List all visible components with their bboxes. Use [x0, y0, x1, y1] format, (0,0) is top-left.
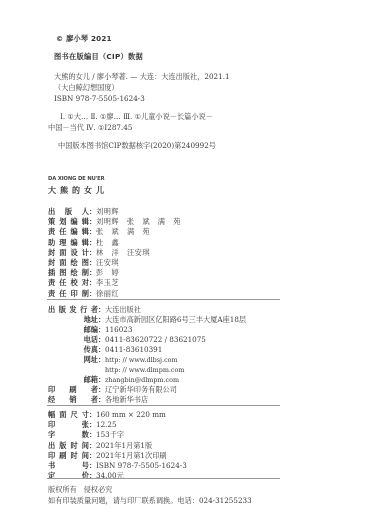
credit-row: 插图绘制：彭 婷: [48, 268, 181, 278]
publisher-row: 印 刷 者：辽宁新华印务有限公司: [48, 385, 246, 395]
credit-row: 出版人：刘明辉: [48, 207, 181, 217]
cip-approval-number: 中国版本图书馆CIP数据核字(2020)第240992号: [58, 141, 216, 151]
publisher-row: 经 销 者：各地新华书店: [48, 395, 246, 405]
credit-row: 封面设计：林 洋 汪安琪: [48, 248, 181, 258]
rights-reserved: 版权所有 侵权必究: [48, 484, 252, 495]
publisher-info: 出版发行者：大连出版社 地址：大连市高新园区亿阳路6号三丰大厦A座18层 邮编：…: [48, 305, 246, 405]
cip-classification-line: 中国－当代 Ⅳ. ①I287.45: [48, 123, 132, 133]
colon: ：: [89, 258, 96, 268]
printer-value: 辽宁新华印务有限公司: [105, 385, 177, 395]
quality-notice: 如有印装质量问题，请与印厂联系调换。电话：024-31255233: [48, 495, 252, 506]
credit-label: 封面设计: [48, 248, 89, 258]
colon: ：: [89, 207, 96, 217]
publisher-row: 电话：0411-83620722 / 83621075: [48, 335, 246, 345]
printer-label: 印 刷 者: [48, 385, 98, 395]
credit-value: 李玉芝: [96, 278, 119, 288]
credit-label: 责任校对: [48, 278, 89, 288]
colon: ：: [89, 410, 96, 420]
website-label-empty: [48, 365, 98, 375]
colon: ：: [89, 217, 96, 227]
colon: ：: [89, 289, 96, 299]
spec-label: 印张: [48, 420, 89, 430]
cip-entry-line: （大白鲸幻想国度）: [54, 83, 119, 93]
credit-label: 出版人: [48, 207, 89, 217]
colon: ：: [89, 441, 96, 451]
credit-row: 责任校对：李玉芝: [48, 278, 181, 288]
spec-label: 字数: [48, 430, 89, 440]
book-title-pinyin: DA XIONG DE NU'ER: [48, 176, 105, 182]
colon: ：: [89, 461, 96, 471]
spec-value: ISBN 978-7-5505-1624-3: [96, 461, 187, 471]
colon: ：: [98, 355, 105, 365]
credit-label: 责任编辑: [48, 227, 89, 237]
colon-spacer: [98, 365, 105, 375]
footer-notice: 版权所有 侵权必究 如有印装质量问题，请与印厂联系调换。电话：024-31255…: [48, 484, 252, 506]
colon: ：: [89, 248, 96, 258]
colon: ：: [98, 305, 105, 315]
spec-label: 幅面尺寸: [48, 410, 89, 420]
credit-row: 策划编辑：刘明辉 张 斌 满 苑: [48, 217, 181, 227]
colon: ：: [98, 395, 105, 405]
postcode-value: 116023: [105, 325, 132, 335]
colon: ：: [89, 238, 96, 248]
credit-value: 汪安琪: [96, 258, 119, 268]
colon: ：: [89, 451, 96, 461]
spec-value: 153千字: [96, 430, 124, 440]
credit-value: 彭 婷: [96, 268, 119, 278]
colon: ：: [98, 345, 105, 355]
credit-row: 助理编辑：杜 鑫: [48, 238, 181, 248]
website-link[interactable]: http: // www.dlmpm.com: [105, 365, 184, 375]
cip-isbn-line: ISBN 978-7-5505-1624-3: [54, 94, 145, 103]
spec-value: 160 mm × 220 mm: [96, 410, 166, 420]
fax-value: 0411-83610391: [105, 345, 162, 355]
credit-value: 杜 鑫: [96, 238, 119, 248]
colon: ：: [98, 325, 105, 335]
colon: ：: [98, 375, 105, 385]
divider-rule: [47, 405, 280, 406]
colon: ：: [98, 335, 105, 345]
distributor-value: 各地新华书店: [105, 395, 148, 405]
spec-row: 幅面尺寸：160 mm × 220 mm: [48, 410, 187, 420]
colon: ：: [89, 227, 96, 237]
credit-label: 插图绘制: [48, 268, 89, 278]
credit-value: 林 洋 汪安琪: [96, 248, 150, 258]
email-label: 邮箱: [48, 375, 98, 385]
spec-label: 定价: [48, 471, 89, 481]
colon: ：: [89, 430, 96, 440]
credit-row: 责任编辑：张 斌 满 苑: [48, 227, 181, 237]
publisher-row: 邮箱：zhangbin@dlmpm.com: [48, 375, 246, 385]
spec-value: 2021年1月第1次印刷: [96, 451, 167, 461]
spec-label: 出版时间: [48, 441, 89, 451]
distributor-label: 经 销 者: [48, 395, 98, 405]
colon: ：: [89, 268, 96, 278]
colon: ：: [89, 278, 96, 288]
cip-classification-line: Ⅰ. ①大… Ⅱ. ①廖… Ⅲ. ①儿童小说－长篇小说－: [60, 112, 213, 122]
divider-rule: [47, 478, 280, 479]
spec-value: 2021年1月第1版: [96, 441, 152, 451]
spec-value: 12.25: [96, 420, 117, 430]
postcode-label: 邮编: [48, 325, 98, 335]
fax-label: 传真: [48, 345, 98, 355]
email-link[interactable]: zhangbin@dlmpm.com: [105, 375, 179, 385]
publisher-label: 出版发行者: [48, 305, 98, 315]
divider-rule: [47, 299, 280, 300]
spec-value: 34.00元: [96, 471, 124, 481]
website-label: 网址: [48, 355, 98, 365]
colon: ：: [89, 420, 96, 430]
publisher-row: 地址：大连市高新园区亿阳路6号三丰大厦A座18层: [48, 315, 246, 325]
spec-row: 字数：153千字: [48, 430, 187, 440]
cip-heading: 图书在版编目（CIP）数据: [54, 52, 143, 62]
credit-label: 封面绘图: [48, 258, 89, 268]
publisher-row: 传真：0411-83610391: [48, 345, 246, 355]
credit-label: 策划编辑: [48, 217, 89, 227]
book-title: 大熊的女儿: [48, 185, 108, 196]
credit-label: 助理编辑: [48, 238, 89, 248]
credit-row: 责任印制：徐丽红: [48, 289, 181, 299]
colon: ：: [98, 315, 105, 325]
credit-row: 封面绘图：汪安琪: [48, 258, 181, 268]
credit-label: 责任印制: [48, 289, 89, 299]
colon: ：: [98, 385, 105, 395]
spec-row: 出版时间：2021年1月第1版: [48, 441, 187, 451]
phone-value: 0411-83620722 / 83621075: [105, 335, 206, 345]
publisher-name: 大连出版社: [105, 305, 141, 315]
book-specs: 幅面尺寸：160 mm × 220 mm 印张：12.25 字数：153千字 出…: [48, 410, 187, 481]
address-value: 大连市高新园区亿阳路6号三丰大厦A座18层: [105, 315, 246, 325]
credit-value: 张 斌 满 苑: [96, 227, 150, 237]
phone-label: 电话: [48, 335, 98, 345]
cip-entry-line: 大熊的女儿 / 廖小琴著. — 大连：大连出版社，2021.1: [54, 72, 230, 82]
credits-list: 出版人：刘明辉 策划编辑：刘明辉 张 斌 满 苑 责任编辑：张 斌 满 苑 助理…: [48, 207, 181, 299]
spec-label: 书号: [48, 461, 89, 471]
spec-label: 印刷时间: [48, 451, 89, 461]
colon: ：: [89, 471, 96, 481]
publisher-row: http: // www.dlmpm.com: [48, 365, 246, 375]
credit-value: 刘明辉: [96, 207, 119, 217]
publisher-row: 邮编：116023: [48, 325, 246, 335]
spec-row: 印刷时间：2021年1月第1次印刷: [48, 451, 187, 461]
copyright-notice: © 廖小琴 2021: [56, 34, 112, 44]
address-label: 地址: [48, 315, 98, 325]
website-link[interactable]: http: // www.dlbsj.com: [105, 355, 178, 365]
spec-row: 书号：ISBN 978-7-5505-1624-3: [48, 461, 187, 471]
spec-row: 印张：12.25: [48, 420, 187, 430]
publisher-row: 网址：http: // www.dlbsj.com: [48, 355, 246, 365]
publisher-row: 出版发行者：大连出版社: [48, 305, 246, 315]
credit-value: 徐丽红: [96, 289, 119, 299]
credit-value: 刘明辉 张 斌 满 苑: [96, 217, 181, 227]
spec-row: 定价：34.00元: [48, 471, 187, 481]
